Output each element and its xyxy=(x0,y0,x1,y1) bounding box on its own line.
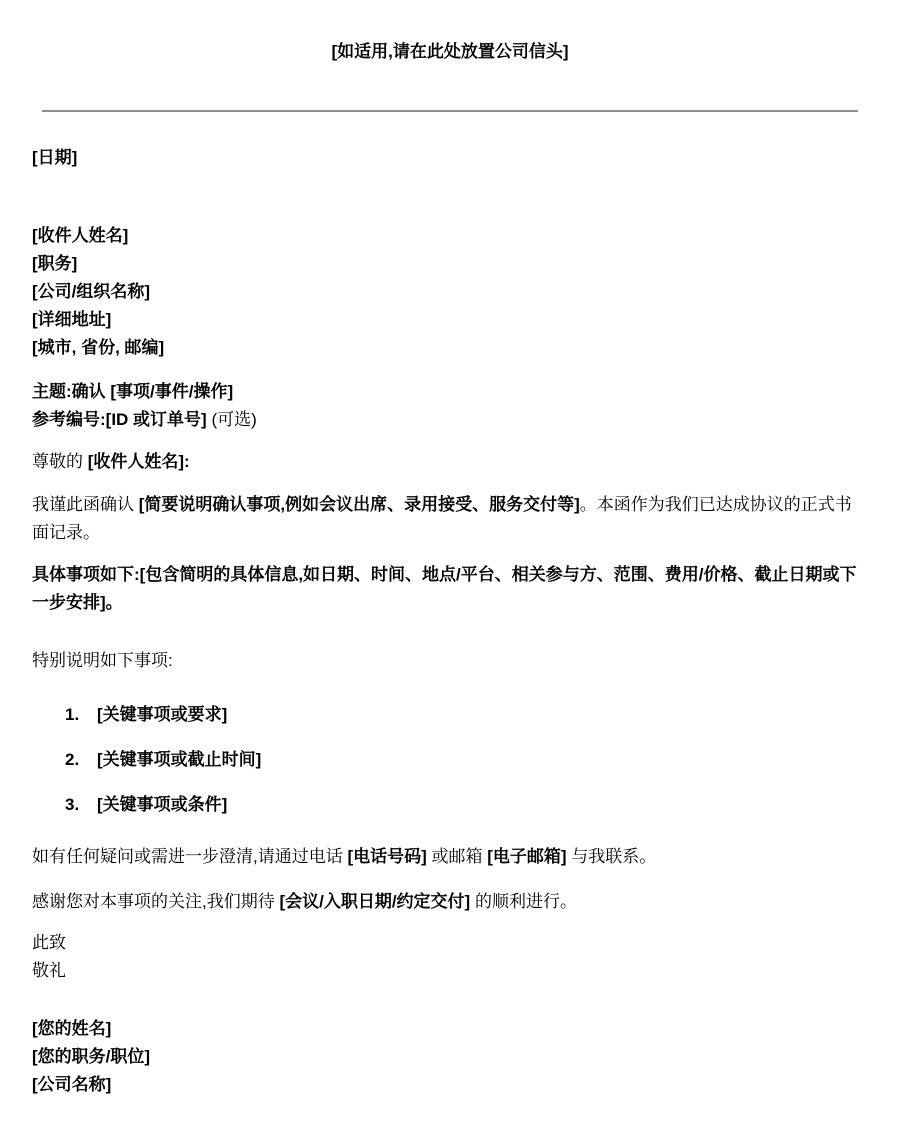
signature-name-line: [您的姓名] xyxy=(32,1015,868,1043)
thanks-part1: 感谢您对本事项的关注,我们期待 xyxy=(32,892,279,911)
letterhead-divider xyxy=(42,110,858,112)
recipient-city-line: [城市, 省份, 邮编] xyxy=(32,334,868,362)
contact-part1: 如有任何疑问或需进一步澄清,请通过电话 xyxy=(32,847,347,866)
date-line: [日期] xyxy=(32,144,868,172)
list-item-number: 2. xyxy=(65,746,97,774)
recipient-organization-line: [公司/组织名称] xyxy=(32,278,868,306)
opening-lead: 我谨此函确认 xyxy=(32,495,139,514)
list-intro-line: 特别说明如下事项: xyxy=(32,647,868,675)
reference-label: 参考编号:[ID 或订单号] xyxy=(32,410,207,429)
opening-highlight: [简要说明确认事项,例如会议出席、录用接受、服务交付等] xyxy=(139,495,580,514)
opening-paragraph: 我谨此函确认 [简要说明确认事项,例如会议出席、录用接受、服务交付等]。本函作为… xyxy=(32,491,868,547)
reference-optional-note: (可选) xyxy=(207,410,257,429)
letterhead-placeholder: [如适用,请在此处放置公司信头] xyxy=(32,38,868,66)
thanks-paragraph: 感谢您对本事项的关注,我们期待 [会议/入职日期/约定交付] 的顺利进行。 xyxy=(32,888,868,916)
contact-email-placeholder: [电子邮箱] xyxy=(487,847,566,866)
salutation-line: 尊敬的 [收件人姓名]: xyxy=(32,448,868,476)
contact-paragraph: 如有任何疑问或需进一步澄清,请通过电话 [电话号码] 或邮箱 [电子邮箱] 与我… xyxy=(32,843,868,871)
closing-line2: 敬礼 xyxy=(32,957,868,985)
list-item: 1.[关键事项或要求] xyxy=(65,701,868,729)
closing-block: 此致 敬礼 xyxy=(32,929,868,985)
contact-part3: 与我联系。 xyxy=(567,847,657,866)
subject-block: 主题:确认 [事项/事件/操作] 参考编号:[ID 或订单号] (可选) xyxy=(32,378,868,434)
salutation-name: [收件人姓名]: xyxy=(88,452,190,471)
list-item-number: 3. xyxy=(65,791,97,819)
closing-line1: 此致 xyxy=(32,929,868,957)
signature-company-line: [公司名称] xyxy=(32,1071,868,1099)
list-item-label: [关键事项或截止时间] xyxy=(97,750,261,769)
recipient-title-line: [职务] xyxy=(32,250,868,278)
list-item-label: [关键事项或要求] xyxy=(97,705,227,724)
list-item: 2.[关键事项或截止时间] xyxy=(65,746,868,774)
details-paragraph: 具体事项如下:[包含简明的具体信息,如日期、时间、地点/平台、相关参与方、范围、… xyxy=(32,561,868,617)
contact-part2: 或邮箱 xyxy=(427,847,487,866)
list-item-label: [关键事项或条件] xyxy=(97,795,227,814)
recipient-block: [收件人姓名] [职务] [公司/组织名称] [详细地址] [城市, 省份, 邮… xyxy=(32,222,868,362)
thanks-part2: 的顺利进行。 xyxy=(470,892,577,911)
thanks-highlight: [会议/入职日期/约定交付] xyxy=(279,892,470,911)
contact-phone-placeholder: [电话号码] xyxy=(347,847,426,866)
salutation-prefix: 尊敬的 xyxy=(32,452,88,471)
list-item: 3.[关键事项或条件] xyxy=(65,791,868,819)
signature-block: [您的姓名] [您的职务/职位] [公司名称] xyxy=(32,1015,868,1099)
recipient-name-line: [收件人姓名] xyxy=(32,222,868,250)
key-items-list: 1.[关键事项或要求] 2.[关键事项或截止时间] 3.[关键事项或条件] xyxy=(32,701,868,819)
recipient-address-line: [详细地址] xyxy=(32,306,868,334)
subject-line: 主题:确认 [事项/事件/操作] xyxy=(32,378,868,406)
reference-line: 参考编号:[ID 或订单号] (可选) xyxy=(32,406,868,434)
letter-page: [如适用,请在此处放置公司信头] [日期] [收件人姓名] [职务] [公司/组… xyxy=(0,0,900,1122)
list-item-number: 1. xyxy=(65,701,97,729)
signature-title-line: [您的职务/职位] xyxy=(32,1043,868,1071)
